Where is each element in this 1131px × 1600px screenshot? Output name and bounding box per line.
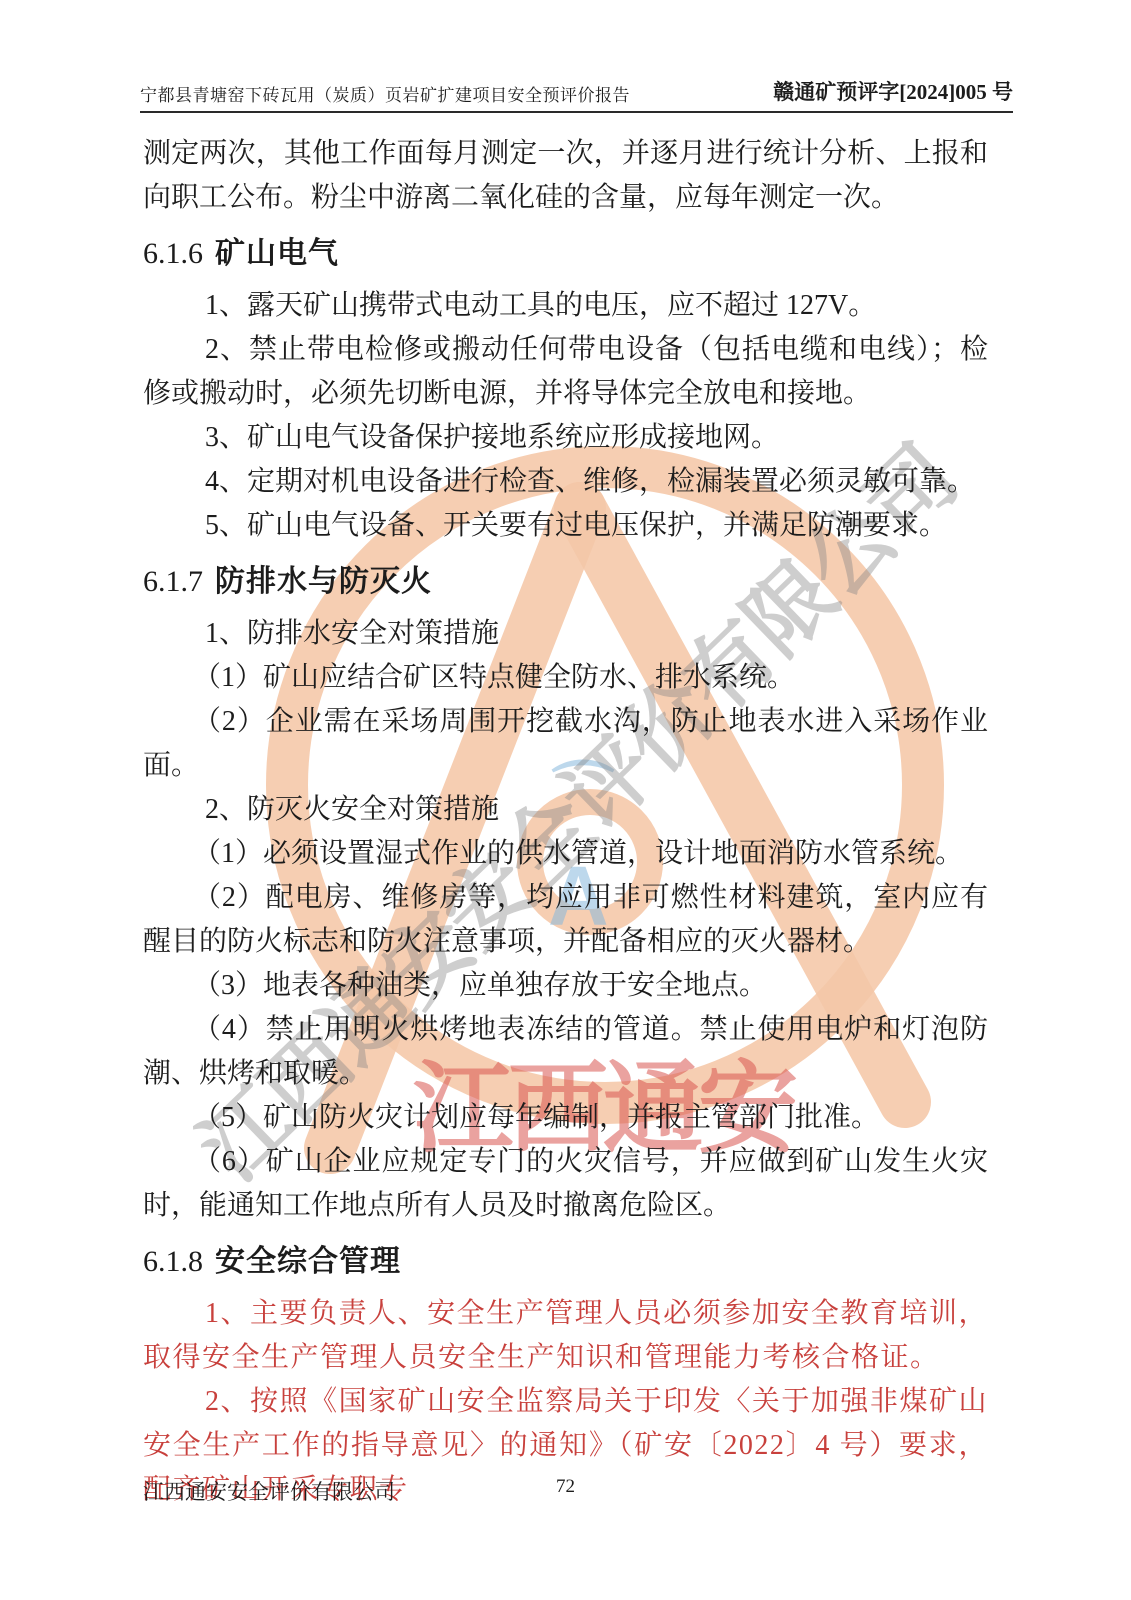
section-heading-618: 6.1.8安全综合管理 <box>143 1240 988 1284</box>
list-item: 1、防排水安全对策措施 <box>143 612 988 656</box>
header-report-title: 宁都县青塘窑下砖瓦用（炭质）页岩矿扩建项目安全预评价报告 <box>140 81 630 106</box>
page-header: 宁都县青塘窑下砖瓦用（炭质）页岩矿扩建项目安全预评价报告 赣通矿预评字[2024… <box>140 76 1013 113</box>
list-item: （6）矿山企业应规定专门的火灾信号，并应做到矿山发生火灾时，能通知工作地点所有人… <box>143 1140 988 1228</box>
page-number: 72 <box>556 1476 575 1498</box>
list-item: （1）矿山应结合矿区特点健全防水、排水系统。 <box>143 656 988 700</box>
section-heading-617: 6.1.7防排水与防灭火 <box>143 560 988 604</box>
list-item: （2）配电房、维修房等，均应用非可燃性材料建筑，室内应有醒目的防火标志和防火注意… <box>143 876 988 964</box>
list-item: 3、矿山电气设备保护接地系统应形成接地网。 <box>143 416 988 460</box>
list-item: 2、禁止带电检修或搬动任何带电设备（包括电缆和电线）；检修或搬动时，必须先切断电… <box>143 328 988 416</box>
list-item: （2）企业需在采场周围开挖截水沟，防止地表水进入采场作业面。 <box>143 700 988 788</box>
section-title: 防排水与防灭火 <box>215 565 432 598</box>
section-heading-616: 6.1.6矿山电气 <box>143 232 988 276</box>
list-item: 2、防灭火安全对策措施 <box>143 788 988 832</box>
list-item: （5）矿山防火灾计划应每年编制，并报主管部门批准。 <box>143 1096 988 1140</box>
section-title: 矿山电气 <box>215 237 339 270</box>
list-item: （4）禁止用明火烘烤地表冻结的管道。禁止使用电炉和灯泡防潮、烘烤和取暖。 <box>143 1008 988 1096</box>
paragraph-continuation: 测定两次，其他工作面每月测定一次，并逐月进行统计分析、上报和向职工公布。粉尘中游… <box>143 132 988 220</box>
document-body: 测定两次，其他工作面每月测定一次，并逐月进行统计分析、上报和向职工公布。粉尘中游… <box>143 132 988 1512</box>
document-page: ⌒ A 江西通安安全评价有限公司 江西通安 宁都县青塘窑下砖瓦用（炭质）页岩矿扩… <box>0 0 1131 1600</box>
section-title: 安全综合管理 <box>215 1245 401 1278</box>
list-item: （1）必须设置湿式作业的供水管道，设计地面消防水管系统。 <box>143 832 988 876</box>
header-doc-number: 赣通矿预评字[2024]005 号 <box>773 76 1013 106</box>
list-item: 5、矿山电气设备、开关要有过电压保护，并满足防潮要求。 <box>143 504 988 548</box>
footer-company-name: 江西通安安全评价有限公司 <box>143 1476 395 1506</box>
list-item: 4、定期对机电设备进行检查、维修，检漏装置必须灵敏可靠。 <box>143 460 988 504</box>
section-number: 6.1.6 <box>143 237 203 270</box>
list-item: 1、露天矿山携带式电动工具的电压，应不超过 127V。 <box>143 284 988 328</box>
list-item-red: 1、主要负责人、安全生产管理人员必须参加安全教育培训，取得安全生产管理人员安全生… <box>143 1292 988 1380</box>
page-footer: 江西通安安全评价有限公司 72 <box>0 1476 1131 1506</box>
list-item: （3）地表各种油类，应单独存放于安全地点。 <box>143 964 988 1008</box>
section-number: 6.1.7 <box>143 565 203 598</box>
section-number: 6.1.8 <box>143 1245 203 1278</box>
